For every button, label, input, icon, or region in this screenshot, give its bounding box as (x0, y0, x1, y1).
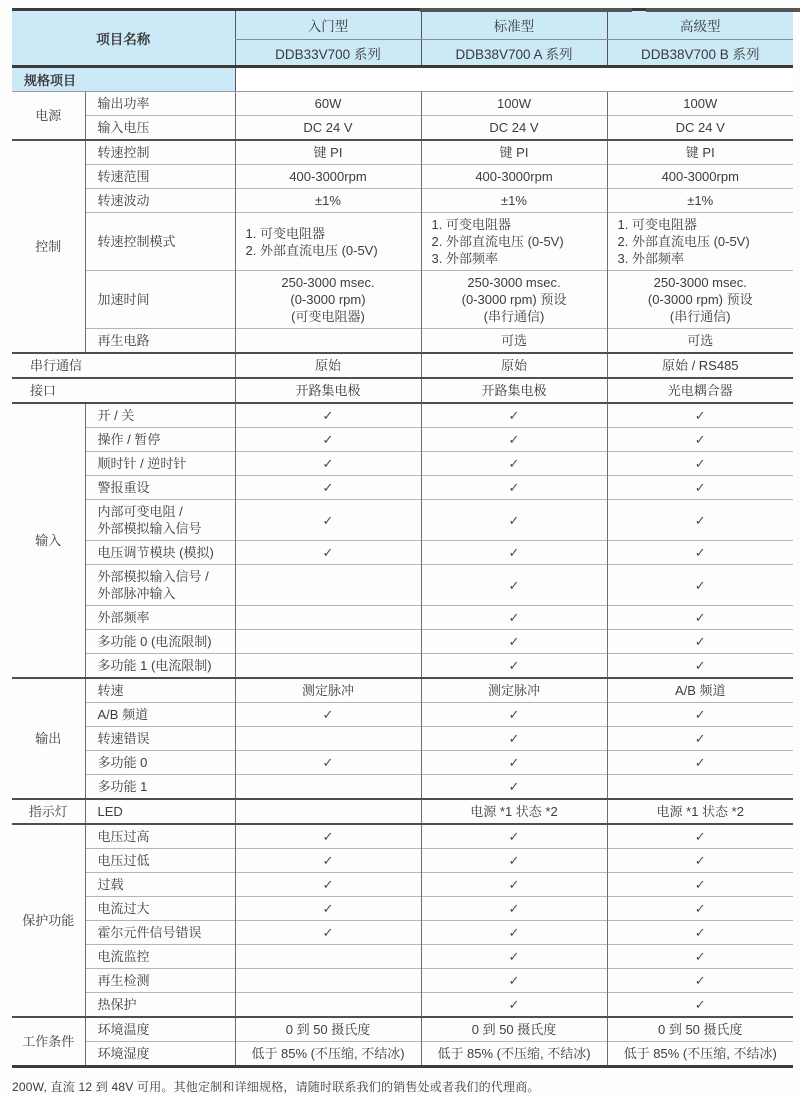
table-row: 指示灯LED电源 *1 状态 *2电源 *1 状态 *2 (12, 799, 793, 824)
check-mark: ✓ (421, 945, 607, 969)
value-cell (235, 993, 421, 1018)
cell-line: 2. 外部直流电压 (0-5V) (618, 233, 789, 250)
item-label: 多功能 1 (85, 775, 235, 800)
value-cell: 电源 *1 状态 *2 (421, 799, 607, 824)
table-row: 转速控制模式1. 可变电阻器2. 外部直流电压 (0-5V)1. 可变电阻器2.… (12, 213, 793, 271)
table-row: 霍尔元件信号错误✓✓✓ (12, 921, 793, 945)
table-row: 电压调节模块 (模拟)✓✓✓ (12, 541, 793, 565)
group-label: 保护功能 (12, 824, 85, 1017)
check-mark: ✓ (235, 873, 421, 897)
check-mark: ✓ (607, 654, 793, 679)
table-row: 转速范围400-3000rpm400-3000rpm400-3000rpm (12, 165, 793, 189)
cell-line: 外部模拟输入信号 / (98, 568, 230, 585)
value-cell: 1. 可变电阻器2. 外部直流电压 (0-5V)3. 外部频率 (607, 213, 793, 271)
value-cell: 开路集电极 (421, 378, 607, 403)
item-label: 顺时针 / 逆时针 (85, 452, 235, 476)
check-mark: ✓ (235, 500, 421, 541)
check-mark: ✓ (421, 606, 607, 630)
check-mark: ✓ (607, 751, 793, 775)
cell-line: 1. 可变电阻器 (246, 225, 416, 242)
check-mark: ✓ (421, 654, 607, 679)
check-mark: ✓ (235, 428, 421, 452)
value-cell: 60W (235, 92, 421, 116)
item-label: 多功能 0 (电流限制) (85, 630, 235, 654)
check-mark: ✓ (421, 428, 607, 452)
check-mark: ✓ (421, 630, 607, 654)
value-cell: ±1% (235, 189, 421, 213)
footnote: 200W, 直流 12 到 48V 可用。其他定制和详细规格，请随时联系我们的销… (12, 1078, 800, 1095)
table-row: 外部频率✓✓ (12, 606, 793, 630)
check-mark: ✓ (421, 727, 607, 751)
check-mark: ✓ (421, 565, 607, 606)
value-cell: 低于 85% (不压缩, 不结冰) (607, 1042, 793, 1067)
check-mark: ✓ (235, 541, 421, 565)
item-label: 转速错误 (85, 727, 235, 751)
check-mark: ✓ (235, 703, 421, 727)
group-label: 输入 (12, 403, 85, 678)
item-label: 外部模拟输入信号 /外部脉冲输入 (85, 565, 235, 606)
cell-line: 2. 外部直流电压 (0-5V) (246, 242, 416, 259)
item-label: LED (85, 799, 235, 824)
spec-section-header: 规格项目 (12, 67, 235, 92)
check-mark: ✓ (607, 993, 793, 1018)
value-cell (235, 565, 421, 606)
item-label: 再生检测 (85, 969, 235, 993)
table-row: A/B 频道✓✓✓ (12, 703, 793, 727)
table-row: 保护功能电压过高✓✓✓ (12, 824, 793, 849)
table-row: 控制转速控制键 PI键 PI键 PI (12, 140, 793, 165)
value-cell: 原始 (421, 353, 607, 378)
cell-line: 250-3000 msec. (427, 274, 602, 291)
check-mark: ✓ (235, 921, 421, 945)
check-mark: ✓ (235, 751, 421, 775)
group-label: 工作条件 (12, 1017, 85, 1067)
value-cell: 低于 85% (不压缩, 不结冰) (235, 1042, 421, 1067)
item-label: 开 / 关 (85, 403, 235, 428)
check-mark: ✓ (235, 403, 421, 428)
cell-line: 1. 可变电阻器 (432, 216, 602, 233)
item-label: 多功能 1 (电流限制) (85, 654, 235, 679)
table-row: 过载✓✓✓ (12, 873, 793, 897)
item-label: 电压调节模块 (模拟) (85, 541, 235, 565)
value-cell: DC 24 V (607, 116, 793, 141)
check-mark: ✓ (235, 452, 421, 476)
item-label: 操作 / 暂停 (85, 428, 235, 452)
value-cell: 400-3000rpm (421, 165, 607, 189)
check-mark: ✓ (421, 500, 607, 541)
item-label: A/B 频道 (85, 703, 235, 727)
product-type-row: 项目名称 入门型 标准型 高级型 (12, 10, 793, 40)
value-cell (235, 630, 421, 654)
value-cell: 键 PI (235, 140, 421, 165)
table-row: 转速错误✓✓ (12, 727, 793, 751)
value-cell: 400-3000rpm (235, 165, 421, 189)
value-cell (235, 945, 421, 969)
item-label: 警报重设 (85, 476, 235, 500)
check-mark: ✓ (607, 500, 793, 541)
check-mark: ✓ (421, 775, 607, 800)
item-label: 加速时间 (85, 271, 235, 329)
value-cell (235, 654, 421, 679)
check-mark: ✓ (421, 993, 607, 1018)
table-row: 多功能 0✓✓✓ (12, 751, 793, 775)
value-cell: 1. 可变电阻器2. 外部直流电压 (0-5V) (235, 213, 421, 271)
value-cell: 0 到 50 摄氏度 (421, 1017, 607, 1042)
product-type-entry: 入门型 (235, 10, 421, 40)
cropped-image-edge-right (646, 8, 800, 12)
cell-line: 2. 外部直流电压 (0-5V) (432, 233, 602, 250)
table-row: 热保护✓✓ (12, 993, 793, 1018)
item-label: 过载 (85, 873, 235, 897)
table-body: 电源输出功率60W100W100W输入电压DC 24 VDC 24 VDC 24… (12, 92, 793, 1067)
item-label: 环境湿度 (85, 1042, 235, 1067)
check-mark: ✓ (607, 727, 793, 751)
cell-line: (串行通信) (427, 308, 602, 325)
table-row: 环境湿度低于 85% (不压缩, 不结冰)低于 85% (不压缩, 不结冰)低于… (12, 1042, 793, 1067)
item-label: 多功能 0 (85, 751, 235, 775)
value-cell: 可选 (421, 329, 607, 354)
product-spec-table: 项目名称 入门型 标准型 高级型 DDB33V700 系列 DDB38V700 … (12, 8, 793, 1068)
item-label: 再生电路 (85, 329, 235, 354)
group-label: 接口 (12, 378, 235, 403)
check-mark: ✓ (421, 969, 607, 993)
item-label: 热保护 (85, 993, 235, 1018)
item-label: 霍尔元件信号错误 (85, 921, 235, 945)
item-label: 转速控制模式 (85, 213, 235, 271)
check-mark: ✓ (607, 541, 793, 565)
value-cell: 250-3000 msec.(0-3000 rpm) 预设(串行通信) (607, 271, 793, 329)
check-mark: ✓ (421, 476, 607, 500)
check-mark: ✓ (421, 703, 607, 727)
value-cell: 100W (421, 92, 607, 116)
item-label: 电流监控 (85, 945, 235, 969)
table-header: 项目名称 入门型 标准型 高级型 DDB33V700 系列 DDB38V700 … (12, 10, 793, 92)
check-mark: ✓ (235, 824, 421, 849)
table-row: 电流监控✓✓ (12, 945, 793, 969)
value-cell (235, 799, 421, 824)
table-row: 警报重设✓✓✓ (12, 476, 793, 500)
value-cell (607, 775, 793, 800)
value-cell: 原始 / RS485 (607, 353, 793, 378)
value-cell (235, 606, 421, 630)
check-mark: ✓ (421, 824, 607, 849)
table-row: 电压过低✓✓✓ (12, 849, 793, 873)
check-mark: ✓ (607, 428, 793, 452)
table-row: 外部模拟输入信号 /外部脉冲输入✓✓ (12, 565, 793, 606)
item-name-header: 项目名称 (12, 10, 235, 67)
cell-line: 3. 外部频率 (618, 250, 789, 267)
check-mark: ✓ (607, 849, 793, 873)
item-label: 电压过低 (85, 849, 235, 873)
group-label: 电源 (12, 92, 85, 141)
value-cell (235, 775, 421, 800)
group-label: 串行通信 (12, 353, 235, 378)
value-cell: 键 PI (421, 140, 607, 165)
check-mark: ✓ (421, 921, 607, 945)
product-type-advanced: 高级型 (607, 10, 793, 40)
table-row: 电流过大✓✓✓ (12, 897, 793, 921)
item-label: 转速控制 (85, 140, 235, 165)
cell-line: 250-3000 msec. (241, 274, 416, 291)
spec-section-blank (235, 67, 793, 92)
check-mark: ✓ (421, 452, 607, 476)
value-cell: DC 24 V (421, 116, 607, 141)
check-mark: ✓ (607, 921, 793, 945)
value-cell: 键 PI (607, 140, 793, 165)
value-cell (235, 727, 421, 751)
cell-line: (0-3000 rpm) (241, 291, 416, 308)
cell-line: (0-3000 rpm) 预设 (613, 291, 789, 308)
value-cell: 100W (607, 92, 793, 116)
product-type-standard: 标准型 (421, 10, 607, 40)
value-cell: 0 到 50 摄氏度 (607, 1017, 793, 1042)
cell-line: 外部脉冲输入 (98, 585, 230, 602)
check-mark: ✓ (235, 897, 421, 921)
table-row: 操作 / 暂停✓✓✓ (12, 428, 793, 452)
table-row: 转速波动±1%±1%±1% (12, 189, 793, 213)
table-row: 多功能 1✓ (12, 775, 793, 800)
group-label: 输出 (12, 678, 85, 799)
value-cell: ±1% (607, 189, 793, 213)
check-mark: ✓ (607, 452, 793, 476)
check-mark: ✓ (607, 403, 793, 428)
value-cell: DC 24 V (235, 116, 421, 141)
table-row: 顺时针 / 逆时针✓✓✓ (12, 452, 793, 476)
cell-line: (串行通信) (613, 308, 789, 325)
table-row: 内部可变电阻 /外部模拟输入信号✓✓✓ (12, 500, 793, 541)
spec-section-row: 规格项目 (12, 67, 793, 92)
check-mark: ✓ (607, 824, 793, 849)
check-mark: ✓ (421, 541, 607, 565)
check-mark: ✓ (607, 606, 793, 630)
check-mark: ✓ (607, 945, 793, 969)
table-row: 多功能 0 (电流限制)✓✓ (12, 630, 793, 654)
check-mark: ✓ (607, 969, 793, 993)
check-mark: ✓ (421, 873, 607, 897)
value-cell: 测定脉冲 (421, 678, 607, 703)
check-mark: ✓ (235, 849, 421, 873)
value-cell: 原始 (235, 353, 421, 378)
cell-line: 3. 外部频率 (432, 250, 602, 267)
cell-line: 1. 可变电阻器 (618, 216, 789, 233)
value-cell: 开路集电极 (235, 378, 421, 403)
table-row: 工作条件环境温度0 到 50 摄氏度0 到 50 摄氏度0 到 50 摄氏度 (12, 1017, 793, 1042)
product-series-advanced: DDB38V700 B 系列 (607, 40, 793, 67)
cell-line: (0-3000 rpm) 预设 (427, 291, 602, 308)
check-mark: ✓ (421, 849, 607, 873)
value-cell (235, 969, 421, 993)
value-cell: 250-3000 msec.(0-3000 rpm) 预设(串行通信) (421, 271, 607, 329)
product-series-entry: DDB33V700 系列 (235, 40, 421, 67)
item-label: 内部可变电阻 /外部模拟输入信号 (85, 500, 235, 541)
table-row: 接口开路集电极开路集电极光电耦合器 (12, 378, 793, 403)
value-cell: 400-3000rpm (607, 165, 793, 189)
check-mark: ✓ (235, 476, 421, 500)
item-label: 输入电压 (85, 116, 235, 141)
item-label: 转速范围 (85, 165, 235, 189)
value-cell: A/B 频道 (607, 678, 793, 703)
table-row: 输入电压DC 24 VDC 24 VDC 24 V (12, 116, 793, 141)
value-cell: 250-3000 msec.(0-3000 rpm)(可变电阻器) (235, 271, 421, 329)
item-label: 外部频率 (85, 606, 235, 630)
table-row: 加速时间250-3000 msec.(0-3000 rpm)(可变电阻器)250… (12, 271, 793, 329)
item-label: 转速波动 (85, 189, 235, 213)
table-row: 输入开 / 关✓✓✓ (12, 403, 793, 428)
value-cell (235, 329, 421, 354)
cell-line: 外部模拟输入信号 (98, 520, 230, 537)
value-cell: 测定脉冲 (235, 678, 421, 703)
value-cell: 0 到 50 摄氏度 (235, 1017, 421, 1042)
item-label: 电压过高 (85, 824, 235, 849)
group-label: 控制 (12, 140, 85, 353)
check-mark: ✓ (607, 630, 793, 654)
check-mark: ✓ (607, 897, 793, 921)
table-row: 串行通信原始原始原始 / RS485 (12, 353, 793, 378)
product-series-standard: DDB38V700 A 系列 (421, 40, 607, 67)
check-mark: ✓ (421, 751, 607, 775)
item-label: 输出功率 (85, 92, 235, 116)
check-mark: ✓ (421, 897, 607, 921)
check-mark: ✓ (607, 703, 793, 727)
cropped-image-edge-left (420, 8, 632, 12)
table-row: 电源输出功率60W100W100W (12, 92, 793, 116)
item-label: 环境温度 (85, 1017, 235, 1042)
table-row: 输出转速测定脉冲测定脉冲A/B 频道 (12, 678, 793, 703)
value-cell: 1. 可变电阻器2. 外部直流电压 (0-5V)3. 外部频率 (421, 213, 607, 271)
cell-line: 内部可变电阻 / (98, 503, 230, 520)
check-mark: ✓ (607, 565, 793, 606)
check-mark: ✓ (607, 476, 793, 500)
item-label: 转速 (85, 678, 235, 703)
check-mark: ✓ (607, 873, 793, 897)
item-label: 电流过大 (85, 897, 235, 921)
table-row: 多功能 1 (电流限制)✓✓ (12, 654, 793, 679)
value-cell: 光电耦合器 (607, 378, 793, 403)
value-cell: 可选 (607, 329, 793, 354)
check-mark: ✓ (421, 403, 607, 428)
value-cell: ±1% (421, 189, 607, 213)
cell-line: 250-3000 msec. (613, 274, 789, 291)
value-cell: 低于 85% (不压缩, 不结冰) (421, 1042, 607, 1067)
group-label: 指示灯 (12, 799, 85, 824)
value-cell: 电源 *1 状态 *2 (607, 799, 793, 824)
table-row: 再生检测✓✓ (12, 969, 793, 993)
cell-line: (可变电阻器) (241, 308, 416, 325)
table-row: 再生电路可选可选 (12, 329, 793, 354)
